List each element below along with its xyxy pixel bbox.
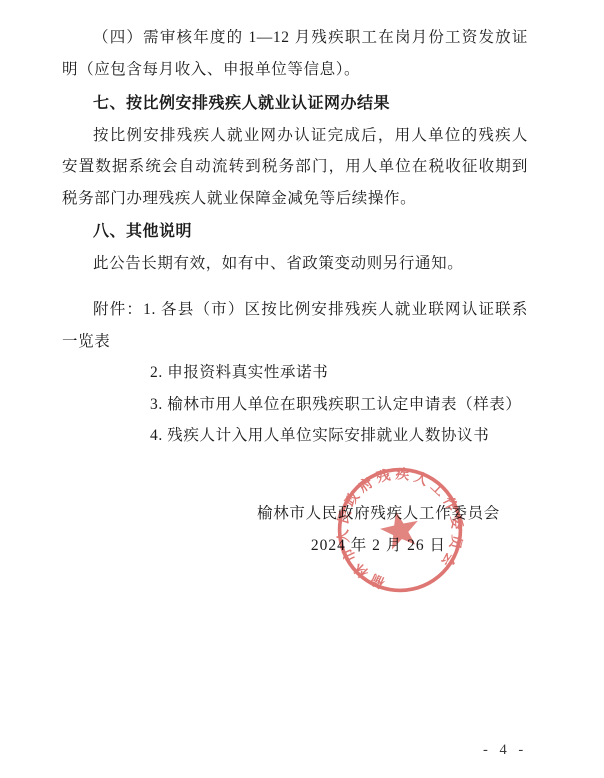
attachments-line1: 附件：1. 各县（市）区按比例安排残疾人就业联网认证联系 [62, 294, 528, 326]
document-page: （四）需审核年度的 1—12 月残疾职工在岗月份工资发放证 明（应包含每月收入、… [0, 0, 604, 778]
attachment-item4: 4. 残疾人计入用人单位实际安排就业人数协议书 [62, 420, 528, 452]
official-seal-stamp: 榆林市人民政府残疾人工作委员会 [322, 452, 479, 609]
document-body: （四）需审核年度的 1—12 月残疾职工在岗月份工资发放证 明（应包含每月收入、… [62, 22, 528, 452]
star-icon [377, 507, 422, 551]
attachment-item3: 3. 榆林市用人单位在职残疾职工认定申请表（样表） [62, 389, 528, 421]
para-item4-line1: （四）需审核年度的 1—12 月残疾职工在岗月份工资发放证 [62, 22, 528, 54]
attachment-item2: 2. 申报资料真实性承诺书 [62, 357, 528, 389]
para-item4-line2: 明（应包含每月收入、申报单位等信息）。 [62, 54, 528, 86]
heading-section8: 八、其他说明 [62, 216, 528, 248]
para7-line1: 按比例安排残疾人就业网办认证完成后，用人单位的残疾人 [62, 120, 528, 152]
para8-line1: 此公告长期有效，如有中、省政策变动则另行通知。 [62, 248, 528, 280]
para7-line3: 税务部门办理残疾人就业保障金减免等后续操作。 [62, 183, 528, 215]
page-number: - 4 - [483, 742, 527, 759]
attachments-line2: 一览表 [62, 326, 528, 358]
seal-graphic: 榆林市人民政府残疾人工作委员会 [322, 452, 479, 609]
para7-line2: 安置数据系统会自动流转到税务部门，用人单位在税收征收期到 [62, 151, 528, 183]
heading-section7: 七、按比例安排残疾人就业认证网办结果 [62, 88, 528, 120]
